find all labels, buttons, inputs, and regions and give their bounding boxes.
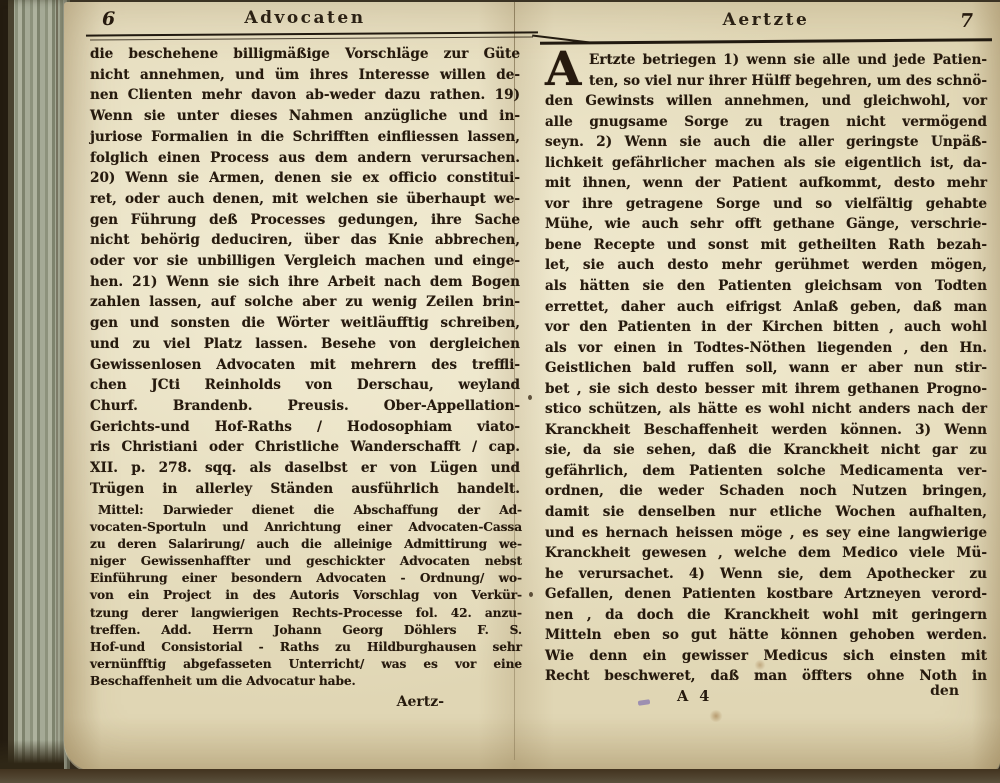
text-line: nicht annehmen, und üm ihres Interesse w… [90,65,520,86]
text-line: mit ihnen, wenn der Patient aufkommt, de… [545,173,987,194]
text-line: ordnen, die weder Schaden noch Nutzen br… [545,481,987,502]
text-line: Kranckheit gewesen , welche dem Medico v… [545,543,987,564]
right-page-footer: A 4 den [545,688,987,708]
text-line: zu deren Salarirung/ auch die alleinige … [90,536,522,553]
text-line: die beschehene billigmäßige Vorschläge z… [90,44,520,65]
text-line: ris Christiani oder Christliche Wandersc… [90,437,520,458]
text-line: Geistlichen bald ruffen soll, wann er ab… [545,358,987,379]
text-line: den Gewinsts willen annehmen, und gleich… [545,91,987,112]
text-line: alle gnugsame Sorge zu tragen nicht verm… [545,112,987,133]
text-line: Einführung einer besondern Advocaten - O… [90,570,522,587]
left-page-number: 6 [102,8,115,30]
right-page-header: Aertzte 7 [545,10,987,34]
text-line: folglich einen Process aus dem andern ve… [90,148,520,169]
text-line: als vor einen in Todtes-Nöthen liegenden… [545,338,987,359]
text-line: und zu viel Platz lassen. Besehe von der… [90,334,520,355]
text-line: Wie denn ein gewisser Medicus sich einst… [545,646,987,667]
text-line: Recht beschweret, daß man öffters ohne N… [545,666,987,687]
right-catchword: den [930,683,959,699]
text-line: von ein Project in des Autoris Vorschlag… [90,587,522,604]
paper-stain [709,710,723,722]
text-line: Trügen in allerley Ständen ausführlich h… [90,479,520,500]
desk-edge-band [0,769,1000,783]
text-line: nen Clienten mehr davon ab-weder dazu ra… [90,85,520,106]
text-line: vocaten-Sportuln und Anrichtung einer Ad… [90,519,522,536]
right-body-text: Ertzte betriegen 1) wenn sie alle und je… [545,50,987,687]
binding-crease [56,0,58,770]
text-line: als hätten sie den Patienten gleichsam v… [545,276,987,297]
text-line: und es hernach heissen möge , es sey ein… [545,523,987,544]
text-line: juriose Formalien in die Schrifften einf… [90,127,520,148]
text-line: bet , sie sich desto besser mit ihrem ge… [545,379,987,400]
ink-speck [529,592,533,597]
text-line: stico schützen, als hätte es wohl nicht … [545,399,987,420]
text-line: bene Recepte und sonst mit getheilten Ra… [545,235,987,256]
left-running-title: Advocaten [90,8,520,28]
text-line: ten, so viel nur ihrer Hülff begehren, u… [589,71,987,92]
text-line: gen Führung deß Processes gedungen, ihre… [90,210,520,231]
text-line: treffen. Add. Herrn Johann Georg Döhlers… [90,622,522,639]
ink-speck [528,395,532,400]
text-line: let, sie auch desto mehr gerühmet werden… [545,255,987,276]
text-line: Mühe, wie auch sehr offt gethane Gänge, … [545,214,987,235]
text-line: tzung derer langwierigen Rechts-Processe… [90,605,522,622]
text-line: he verursachet. 4) Wenn sie, dem Apothec… [545,564,987,585]
right-header-rule [540,38,992,44]
book-scan: 6 Advocaten die beschehene billigmäßige … [0,0,1000,783]
book-binding [0,0,70,775]
text-line: Mittel: Darwieder dienet die Abschaffung… [90,502,522,519]
text-line: Hof-und Consistorial - Raths zu Hildburg… [90,639,522,656]
text-line: oder vor sie unbilligen Vergleich machen… [90,251,520,272]
left-page-header: 6 Advocaten [90,8,520,32]
text-line: zahlen lassen, auf solche aber zu wenig … [90,292,520,313]
text-line: Ertzte betriegen 1) wenn sie alle und je… [589,50,987,71]
text-line: seyn. 2) Wenn sie auch die aller gerings… [545,132,987,153]
text-line: Gefallen, denen Patienten kostbare Artzn… [545,584,987,605]
text-line: lichkeit gefährlicher machen als sie eig… [545,153,987,174]
text-line: errettet, daher auch eifrigst Anlaß gebe… [545,297,987,318]
text-line: XII. p. 278. sqq. als daselbst er von Lü… [90,458,520,479]
left-remedy-text: Mittel: Darwieder dienet die Abschaffung… [90,502,522,690]
signature-mark: A 4 [677,688,712,705]
text-line: damit sie denselben nur etliche Wochen a… [545,502,987,523]
text-line: chen JCti Reinholds von Derschau, weylan… [90,375,520,396]
right-running-title: Aertzte [545,10,987,30]
text-line: Kranckheit Beschaffenheit werden können.… [545,420,987,441]
text-line: ret, oder auch denen, mit welchen sie üb… [90,189,520,210]
text-line: gen und sonsten die Wörter weitläufftig … [90,313,520,334]
open-book-spread: 6 Advocaten die beschehene billigmäßige … [64,2,1000,771]
paper-stain [754,660,766,670]
text-line: vor ihre getragene Sorge und so vielfält… [545,194,987,215]
right-page-number: 7 [958,10,974,32]
left-body-text: die beschehene billigmäßige Vorschläge z… [90,44,520,499]
text-line: Churf. Brandenb. Preusis. Ober-Appellati… [90,396,520,417]
text-line: Mitteln eben so gut hätte können gehoben… [545,625,987,646]
text-line: Gerichts-und Hof-Raths / Hodosophiam via… [90,417,520,438]
text-line: vernünfftig abgefasseten Unterricht/ was… [90,656,522,673]
text-line: vor den Patienten in der Kirchen bitten … [545,317,987,338]
text-line: gefährlich, dem Patienten solche Medicam… [545,461,987,482]
text-line: nicht behörig deduciren, über das Knie a… [90,230,520,251]
text-line: Beschaffenheit um die Advocatur habe. [90,673,522,690]
text-line: Wenn sie unter dieses Nahmen anzügliche … [90,106,520,127]
left-header-rule [86,31,538,41]
text-line: sie, da sie sehen, daß die Kranckheit ni… [545,440,987,461]
text-line: niger Gewissenhaffter und geschickter Ad… [90,553,522,570]
text-line: hen. 21) Wenn sie sich ihre Arbeit nach … [90,272,520,293]
text-line: nen , da doch die Kranckheit wohl mit ge… [545,605,987,626]
text-line: 20) Wenn sie Armen, denen sie ex officio… [90,168,520,189]
text-line: Gewissenlosen Advocaten mit mehrern des … [90,355,520,376]
left-catchword: Aertz- [90,694,520,710]
